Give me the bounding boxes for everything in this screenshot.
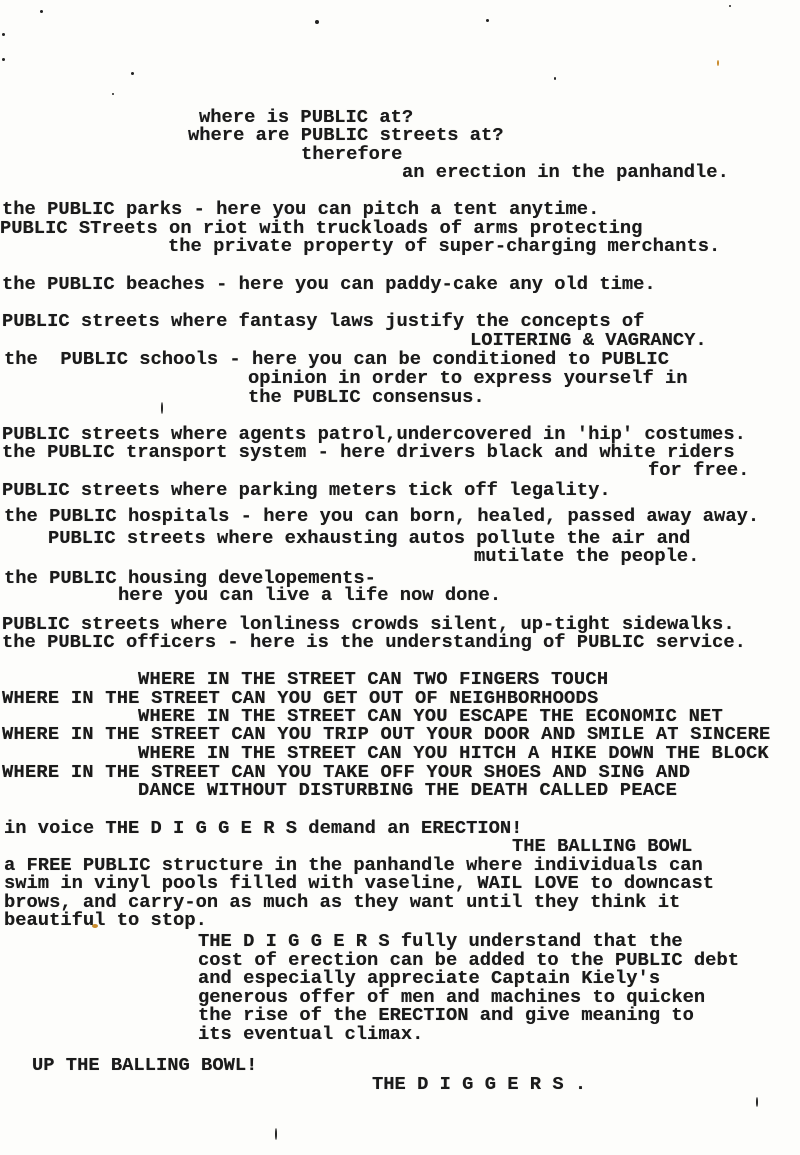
stanza-7-line-2: here you can live a life now done. — [118, 585, 501, 605]
signature: THE D I G G E R S . — [372, 1074, 586, 1094]
statement-line-5: the rise of the ERECTION and give meanin… — [198, 1005, 694, 1025]
scan-speck — [729, 5, 731, 7]
stanza-1-line-1: the PUBLIC parks - here you can pitch a … — [2, 199, 599, 219]
demand-line: in voice THE D I G G E R S demand an ERE… — [4, 818, 522, 838]
scan-speck — [40, 10, 43, 13]
scan-speck — [315, 20, 319, 24]
scan-speck — [131, 72, 134, 75]
statement-line-3: and especially appreciate Captain Kiely'… — [198, 968, 660, 988]
stanza-8-line-2: the PUBLIC officers - here is the unders… — [2, 632, 746, 652]
description-line-4: beautiful to stop. — [4, 910, 207, 930]
chant-line-4: WHERE IN THE STREET CAN YOU TRIP OUT YOU… — [2, 724, 771, 744]
scan-speck — [92, 924, 98, 928]
chant-line-1: WHERE IN THE STREET CAN TWO FINGERS TOUC… — [138, 669, 608, 689]
stanza-3-line-2: LOITERING & VAGRANCY. — [470, 330, 707, 350]
scan-speck — [717, 60, 719, 66]
chant-line-5: WHERE IN THE STREET CAN YOU HITCH A HIKE… — [138, 743, 769, 763]
scan-speck — [756, 1097, 758, 1107]
stanza-3-line-4: opinion in order to express yourself in — [248, 368, 688, 388]
stanza-1-line-3: the private property of super-charging m… — [168, 236, 720, 256]
stanza-6-line-1: the PUBLIC hospitals - here you can born… — [4, 506, 759, 526]
statement-line-6: its eventual climax. — [198, 1024, 423, 1044]
description-line-2: swim in vinyl pools filled with vaseline… — [4, 873, 714, 893]
typewritten-page: where is PUBLIC at? where are PUBLIC str… — [0, 0, 800, 1155]
intro-line-4: an erection in the panhandle. — [402, 162, 729, 182]
stanza-3-line-1: PUBLIC streets where fantasy laws justif… — [2, 311, 644, 331]
scan-speck — [275, 1128, 277, 1140]
closing-line: UP THE BALLING BOWL! — [32, 1055, 257, 1075]
intro-line-2: where are PUBLIC streets at? — [188, 125, 504, 145]
scan-speck — [2, 58, 5, 61]
stanza-4-line-2: the PUBLIC transport system - here drive… — [2, 442, 735, 462]
balling-bowl-title: THE BALLING BOWL — [512, 836, 692, 856]
stanza-3-line-3: the PUBLIC schools - here you can be con… — [4, 349, 669, 369]
chant-line-7: DANCE WITHOUT DISTURBING THE DEATH CALLE… — [138, 780, 677, 800]
scan-speck — [554, 77, 556, 80]
stanza-5-line-1: PUBLIC streets where parking meters tick… — [2, 480, 611, 500]
scan-speck — [112, 93, 114, 95]
stanza-6-line-3: mutilate the people. — [474, 546, 699, 566]
stanza-4-line-3: for free. — [648, 460, 749, 480]
stanza-2-line-1: the PUBLIC beaches - here you can paddy-… — [2, 274, 656, 294]
scan-speck — [161, 402, 163, 414]
intro-line-3: therefore — [301, 144, 402, 164]
scan-speck — [486, 19, 489, 22]
scan-speck — [2, 33, 5, 36]
statement-line-1: THE D I G G E R S fully understand that … — [198, 931, 683, 951]
stanza-3-line-5: the PUBLIC consensus. — [248, 387, 485, 407]
